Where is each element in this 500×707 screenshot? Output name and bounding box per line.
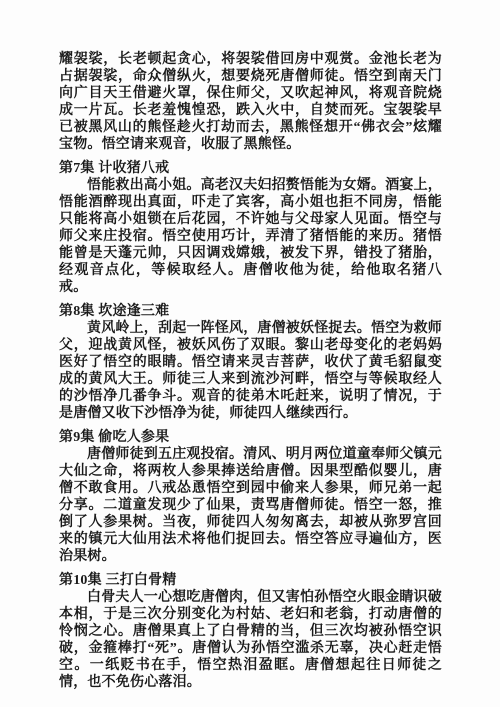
episode-8-summary: 黄风岭上，刮起一阵怪风，唐僧被妖怪捉去。悟空为救师父，迎战黄风怪，被妖风伤了双眼… (59, 320, 442, 422)
section-episode-8: 第8集 坎途逢三难 黄风岭上，刮起一阵怪风，唐僧被妖怪捉去。悟空为救师父，迎战黄… (59, 303, 442, 422)
section-episode-9: 第9集 偷吃人参果 唐僧师徒到五庄观投宿。清风、明月两位道童奉师父镇元大仙之命，… (59, 429, 442, 565)
episode-7-heading: 第7集 计收猪八戒 (59, 160, 442, 177)
continuation-paragraph: 耀袈裟，长老顿起贪心，将袈裟借回房中观赏。金池长老为占据袈裟，命众僧纵火，想要烧… (59, 51, 442, 153)
section-episode-7: 第7集 计收猪八戒 悟能救出高小姐。高老汉夫妇招赘悟能为女婿。酒宴上，悟能酒醉现… (59, 160, 442, 296)
episode-8-heading: 第8集 坎途逢三难 (59, 303, 442, 320)
episode-10-summary: 白骨夫人一心想吃唐僧肉，但又害怕孙悟空火眼金睛识破本相，于是三次分别变化为村姑、… (59, 589, 442, 691)
episode-7-summary: 悟能救出高小姐。高老汉夫妇招赘悟能为女婿。酒宴上，悟能酒醉现出真面，吓走了宾客，… (59, 177, 442, 296)
episode-9-heading: 第9集 偷吃人参果 (59, 429, 442, 446)
document-page: 耀袈裟，长老顿起贪心，将袈裟借回房中观赏。金池长老为占据袈裟，命众僧纵火，想要烧… (0, 0, 500, 707)
episode-9-summary: 唐僧师徒到五庄观投宿。清风、明月两位道童奉师父镇元大仙之命，将两枚人参果捧送给唐… (59, 446, 442, 565)
section-episode-10: 第10集 三打白骨精 白骨夫人一心想吃唐僧肉，但又害怕孙悟空火眼金睛识破本相，于… (59, 572, 442, 691)
episode-10-heading: 第10集 三打白骨精 (59, 572, 442, 589)
